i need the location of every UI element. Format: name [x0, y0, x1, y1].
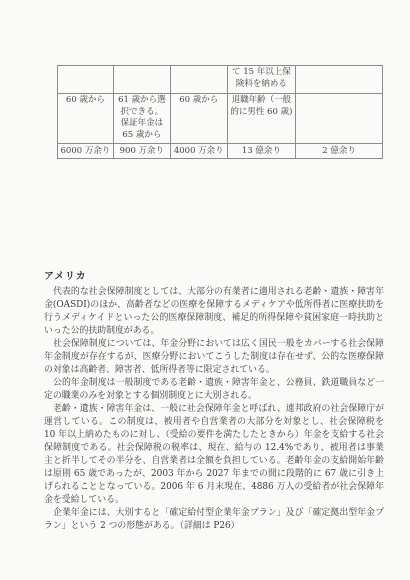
table-cell: 13 億余り: [227, 144, 295, 159]
table-cell: 退職年齢（一般的に男性 60 歳): [227, 94, 295, 144]
paragraph-oasdi-details: 老齢・遺族・障害年金は、一般に社会保障年金と呼ばれ、連邦政府の社会保障庁が運営し…: [44, 403, 384, 507]
table-cell: [58, 66, 114, 94]
table-cell: 61 歳から選択できる。 保証年金は 65 歳から: [113, 94, 170, 144]
body-text-block: アメリカ 代表的な社会保障制度としては、大部分の有業者に適用される老齢・遺族・障…: [44, 268, 384, 533]
pension-comparison-table: て 15 年以上保険料を納める 60 歳から 61 歳から選択できる。 保証年金…: [57, 65, 383, 159]
paragraph-corporate-pension: 企業年金には、大別すると「確定給付型企業年金プラン」及び「確定拠出型年金プラン」…: [44, 507, 384, 533]
paragraph-social-security-coverage: 社会保障制度については、年金分野においては広く国民一般をカバーする社会保障年金制…: [44, 338, 384, 377]
table-row: 6000 万余り 900 万余り 4000 万余り 13 億余り 2 億余り: [58, 144, 383, 159]
table-cell: 60 歳から: [58, 94, 114, 144]
table-cell: 60 歳から: [170, 94, 227, 144]
table-row: 60 歳から 61 歳から選択できる。 保証年金は 65 歳から 60 歳から …: [58, 94, 383, 144]
table-cell: [113, 66, 170, 94]
document-page: て 15 年以上保険料を納める 60 歳から 61 歳から選択できる。 保証年金…: [0, 0, 410, 580]
table-cell: 2 億余り: [296, 144, 383, 159]
table-cell: [296, 66, 383, 94]
table-cell: 6000 万余り: [58, 144, 114, 159]
table-cell: 900 万余り: [113, 144, 170, 159]
paragraph-public-pension-types: 公的年金制度は一般制度である老齢・遺族・障害年金と、公務員、鉄道職員など一定の職…: [44, 377, 384, 403]
table-row: て 15 年以上保険料を納める: [58, 66, 383, 94]
table-cell: 4000 万余り: [170, 144, 227, 159]
section-heading-america: アメリカ: [44, 268, 384, 282]
table-cell: [170, 66, 227, 94]
paragraph-overview: 代表的な社会保障制度としては、大部分の有業者に適用される老齢・遺族・障害年金(O…: [44, 286, 384, 338]
table-cell: て 15 年以上保険料を納める: [227, 66, 295, 94]
table-cell: [296, 94, 383, 144]
